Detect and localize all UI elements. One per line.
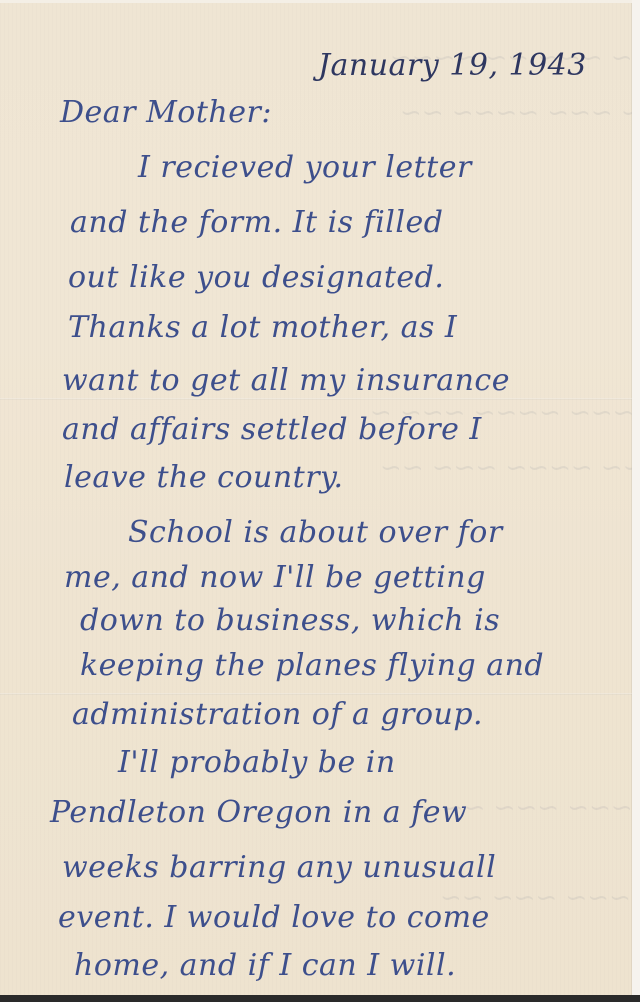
letter-line: home, and if I can I will. [74, 951, 456, 981]
letter-line: want to get all my insurance [62, 366, 510, 396]
letter-line: I'll probably be in [118, 748, 396, 778]
letter-line: I recieved your letter [138, 153, 472, 183]
bleed-through-text: ~~ ~~~~ ~~~ ~~ [380, 453, 640, 483]
scan-border [632, 0, 640, 995]
letter-line: administration of a group. [72, 700, 483, 730]
letter-line: me, and now I'll be getting [64, 563, 486, 593]
letter-date: January 19, 1943 [318, 51, 587, 81]
letter-salutation: Dear Mother: [60, 98, 272, 128]
bleed-through-text: ~~ ~~~ ~~~~ ~~ [400, 98, 640, 128]
letter-line: and the form. It is filled [70, 208, 443, 238]
letter-line: weeks barring any unusuall [62, 853, 496, 883]
letter-line: keeping the planes flying and [80, 651, 544, 681]
letter-scan: ~~~ ~~~ ~~ ~~~~ ~~ ~~~ ~~~~ ~~ ~~~~ ~~~~… [0, 0, 640, 1002]
letter-line: Thanks a lot mother, as I [68, 313, 457, 343]
letter-line: event. I would love to come [58, 903, 490, 933]
letter-line: down to business, which is [80, 606, 500, 636]
letter-line: Pendleton Oregon in a few [50, 798, 467, 828]
letter-line: leave the country. [64, 463, 344, 493]
paper-fold [0, 693, 632, 695]
letter-line: out like you designated. [68, 263, 444, 293]
scan-bottom-edge [0, 995, 640, 1002]
letter-line: School is about over for [128, 518, 503, 548]
letter-page: ~~~ ~~~ ~~ ~~~~ ~~ ~~~ ~~~~ ~~ ~~~~ ~~~~… [0, 3, 632, 995]
letter-line: and affairs settled before I [62, 415, 482, 445]
